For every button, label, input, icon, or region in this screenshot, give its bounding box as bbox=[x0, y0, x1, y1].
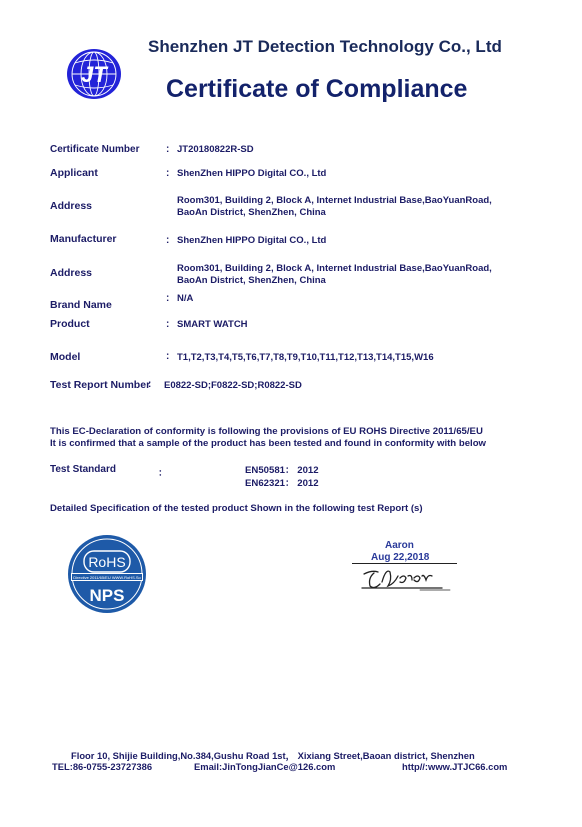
colon: : bbox=[166, 235, 169, 246]
manufacturer-label: Manufacturer bbox=[50, 233, 117, 245]
footer-email: Email:JinTongJianCe@126.com bbox=[194, 761, 335, 772]
certificate-number-value: JT20180822R-SD bbox=[177, 144, 254, 155]
address-line-1: Room301, Building 2, Block A, Internet I… bbox=[177, 263, 492, 275]
brand-name-value: N/A bbox=[177, 293, 193, 304]
certificate-title: Certificate of Compliance bbox=[166, 75, 467, 104]
svg-text:NPS: NPS bbox=[90, 586, 125, 605]
declaration: This EC-Declaration of conformity is fol… bbox=[50, 426, 486, 450]
declaration-line-1: This EC-Declaration of conformity is fol… bbox=[50, 426, 486, 438]
model-label: Model bbox=[50, 351, 80, 363]
svg-text:JT: JT bbox=[81, 62, 108, 87]
colon: : bbox=[166, 351, 169, 362]
test-standards-list: EN50581： 2012 EN62321： 2012 bbox=[245, 464, 319, 490]
jt-logo-icon: JT bbox=[66, 48, 122, 100]
brand-name-label: Brand Name bbox=[50, 299, 112, 311]
applicant-address-value: Room301, Building 2, Block A, Internet I… bbox=[177, 195, 492, 219]
manufacturer-value: ShenZhen HIPPO Digital CO., Ltd bbox=[177, 235, 326, 246]
certificate-number-label: Certificate Number bbox=[50, 144, 139, 155]
colon: : bbox=[166, 319, 169, 330]
rohs-badge-icon: RoHS Directive 2011/65/EU WWW.RoHS.So NP… bbox=[67, 534, 151, 618]
declaration-line-2: It is confirmed that a sample of the pro… bbox=[50, 438, 486, 450]
colon: : bbox=[166, 293, 169, 304]
footer-website: http//:www.JTJC66.com bbox=[402, 761, 507, 772]
test-standard-label: Test Standard bbox=[50, 464, 116, 475]
applicant-address-label: Address bbox=[50, 200, 92, 212]
applicant-label: Applicant bbox=[50, 167, 98, 179]
signer-name: Aaron bbox=[385, 540, 414, 551]
footer-tel: TEL:86-0755-23727386 bbox=[52, 761, 152, 772]
test-standard-item: EN62321： 2012 bbox=[245, 477, 319, 490]
colon: : bbox=[166, 168, 169, 179]
product-value: SMART WATCH bbox=[177, 319, 248, 330]
test-report-number-label: Test Report Number bbox=[50, 379, 150, 391]
manufacturer-address-value: Room301, Building 2, Block A, Internet I… bbox=[177, 263, 492, 287]
address-line-2: BaoAn District, ShenZhen, China bbox=[177, 207, 492, 219]
test-report-number-value: E0822-SD;F0822-SD;R0822-SD bbox=[164, 380, 302, 391]
test-standard-item: EN50581： 2012 bbox=[245, 464, 319, 477]
svg-text:Directive 2011/65/EU WWW.RoHS.: Directive 2011/65/EU WWW.RoHS.So bbox=[73, 575, 141, 580]
address-line-1: Room301, Building 2, Block A, Internet I… bbox=[177, 195, 492, 207]
model-value: T1,T2,T3,T4,T5,T6,T7,T8,T9,T10,T11,T12,T… bbox=[177, 352, 434, 363]
address-line-2: BaoAn District, ShenZhen, China bbox=[177, 275, 492, 287]
product-label: Product bbox=[50, 318, 90, 330]
colon: : bbox=[166, 144, 169, 155]
detail-note: Detailed Specification of the tested pro… bbox=[50, 503, 423, 515]
footer-address: Floor 10, Shijie Building,No.384,Gushu R… bbox=[71, 748, 475, 762]
applicant-value: ShenZhen HIPPO Digital CO., Ltd bbox=[177, 168, 326, 179]
svg-text:RoHS: RoHS bbox=[88, 554, 125, 570]
manufacturer-address-label: Address bbox=[50, 267, 92, 279]
colon: ： bbox=[158, 464, 168, 479]
handwritten-signature-icon bbox=[360, 562, 455, 596]
colon: : bbox=[148, 379, 151, 390]
company-name: Shenzhen JT Detection Technology Co., Lt… bbox=[148, 37, 502, 57]
